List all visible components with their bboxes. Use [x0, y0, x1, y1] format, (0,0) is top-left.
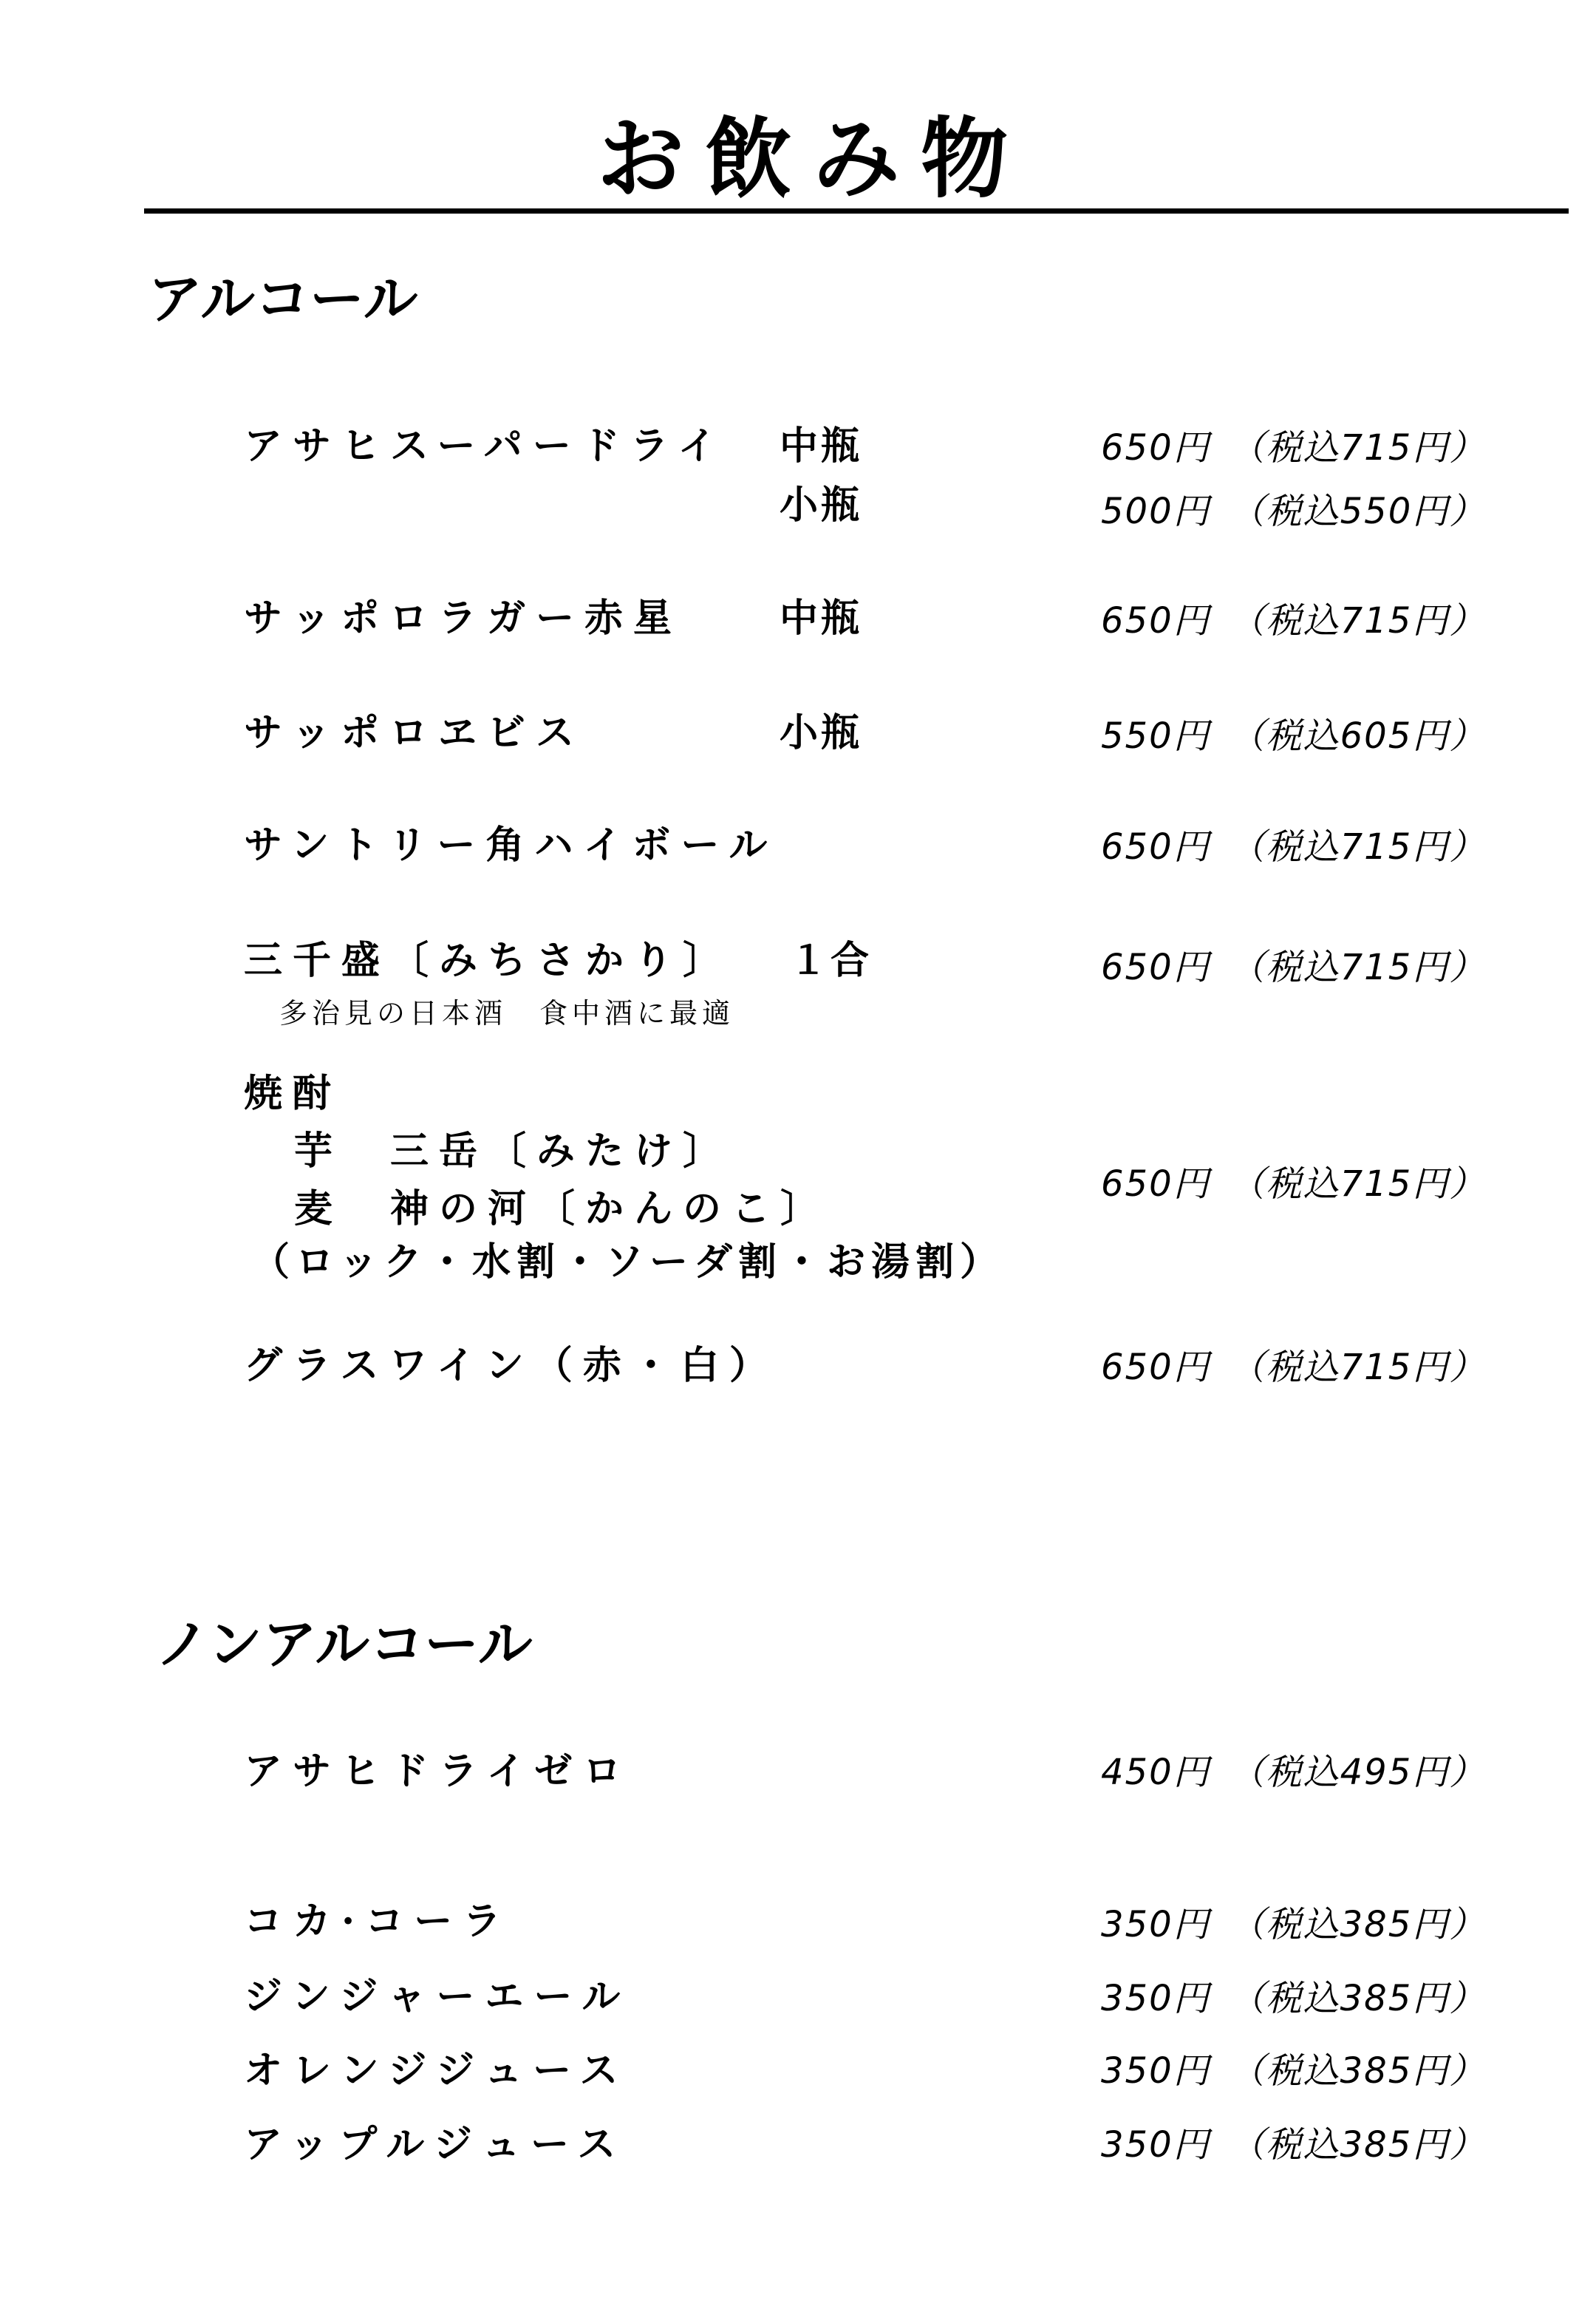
price-base: 650円 — [1101, 947, 1210, 988]
item-name: サッポロラガー赤星 — [244, 595, 682, 642]
price-base: 350円 — [1101, 2124, 1210, 2166]
item-name: アサヒスーパードライ — [244, 423, 726, 470]
price-tax-included: （税込550円） — [1230, 491, 1487, 532]
section-heading-non-alcohol: ノンアルコール — [155, 1611, 533, 1678]
item-price: 650円（税込715円） — [1101, 597, 1486, 644]
item-size: 小瓶 — [780, 482, 862, 529]
price-tax-included: （税込715円） — [1230, 600, 1487, 642]
item-price: 650円（税込715円） — [1101, 944, 1486, 991]
price-tax-included: （税込385円） — [1230, 2124, 1487, 2166]
shochu-name-mitake: 三岳〔みたけ〕 — [390, 1128, 731, 1175]
shochu-serving-options: （ロック・水割・ソーダ割・お湯割） — [251, 1239, 1004, 1286]
price-base: 650円 — [1101, 427, 1210, 469]
item-price: 650円（税込715円） — [1101, 424, 1486, 472]
price-tax-included: （税込385円） — [1230, 2050, 1487, 2092]
item-price: 650円（税込715円） — [1101, 1344, 1486, 1391]
price-base: 650円 — [1101, 1347, 1210, 1388]
item-size: 中瓶 — [780, 423, 862, 470]
price-tax-included: （税込385円） — [1230, 1904, 1487, 1945]
item-price: 350円（税込385円） — [1101, 1901, 1486, 1948]
item-price: 350円（税込385円） — [1101, 2047, 1486, 2095]
price-tax-included: （税込605円） — [1230, 715, 1487, 757]
item-name: ジンジャーエール — [244, 1973, 630, 2021]
price-tax-included: （税込715円） — [1230, 947, 1487, 988]
item-size: 中瓶 — [780, 595, 862, 642]
item-price: 550円（税込605円） — [1101, 712, 1486, 760]
title-divider — [144, 208, 1569, 214]
item-name: コカ·コーラ — [244, 1898, 511, 1945]
item-price: 350円（税込385円） — [1101, 2121, 1486, 2169]
price-tax-included: （税込385円） — [1230, 1978, 1487, 2019]
shochu-type-imo: 芋 — [294, 1128, 343, 1175]
item-name: グラスワイン（赤・白） — [244, 1342, 778, 1390]
price-tax-included: （税込715円） — [1230, 826, 1487, 868]
price-tax-included: （税込715円） — [1230, 427, 1487, 469]
price-tax-included: （税込495円） — [1230, 1752, 1487, 1793]
price-base: 550円 — [1101, 715, 1210, 757]
price-base: 650円 — [1101, 1163, 1210, 1205]
item-name: アップルジュース — [244, 2121, 626, 2169]
price-tax-included: （税込715円） — [1230, 1347, 1487, 1388]
item-price: 650円（税込715円） — [1101, 823, 1486, 871]
shochu-type-mugi: 麦 — [294, 1186, 343, 1233]
price-base: 650円 — [1101, 600, 1210, 642]
item-name: 焼酎 — [244, 1070, 341, 1118]
price-base: 350円 — [1101, 1978, 1210, 2019]
item-name: 三千盛〔みちさかり〕 — [244, 937, 731, 984]
item-size: 小瓶 — [780, 710, 862, 757]
item-price: 650円（税込715円） — [1101, 1160, 1486, 1208]
price-base: 450円 — [1101, 1752, 1210, 1793]
item-name: サントリー角ハイボール — [244, 822, 777, 869]
item-price: 450円（税込495円） — [1101, 1749, 1486, 1796]
price-tax-included: （税込715円） — [1230, 1163, 1487, 1205]
item-price: 500円（税込550円） — [1101, 488, 1486, 535]
item-note: 多治見の日本酒 食中酒に最適 — [279, 995, 734, 1032]
item-price: 350円（税込385円） — [1101, 1975, 1486, 2022]
shochu-name-kannoko: 神の河〔かんのこ〕 — [390, 1186, 829, 1233]
item-name: アサヒドライゼロ — [244, 1748, 632, 1795]
price-base: 350円 — [1101, 2050, 1210, 2092]
price-base: 350円 — [1101, 1904, 1210, 1945]
price-base: 500円 — [1101, 491, 1210, 532]
item-name: サッポロヱビス — [244, 710, 584, 757]
price-base: 650円 — [1101, 826, 1210, 868]
page-title: お飲み物 — [0, 111, 1596, 207]
item-name: オレンジジュース — [244, 2047, 628, 2095]
item-size: １合 — [789, 937, 872, 984]
section-heading-alcohol: アルコール — [148, 266, 418, 333]
